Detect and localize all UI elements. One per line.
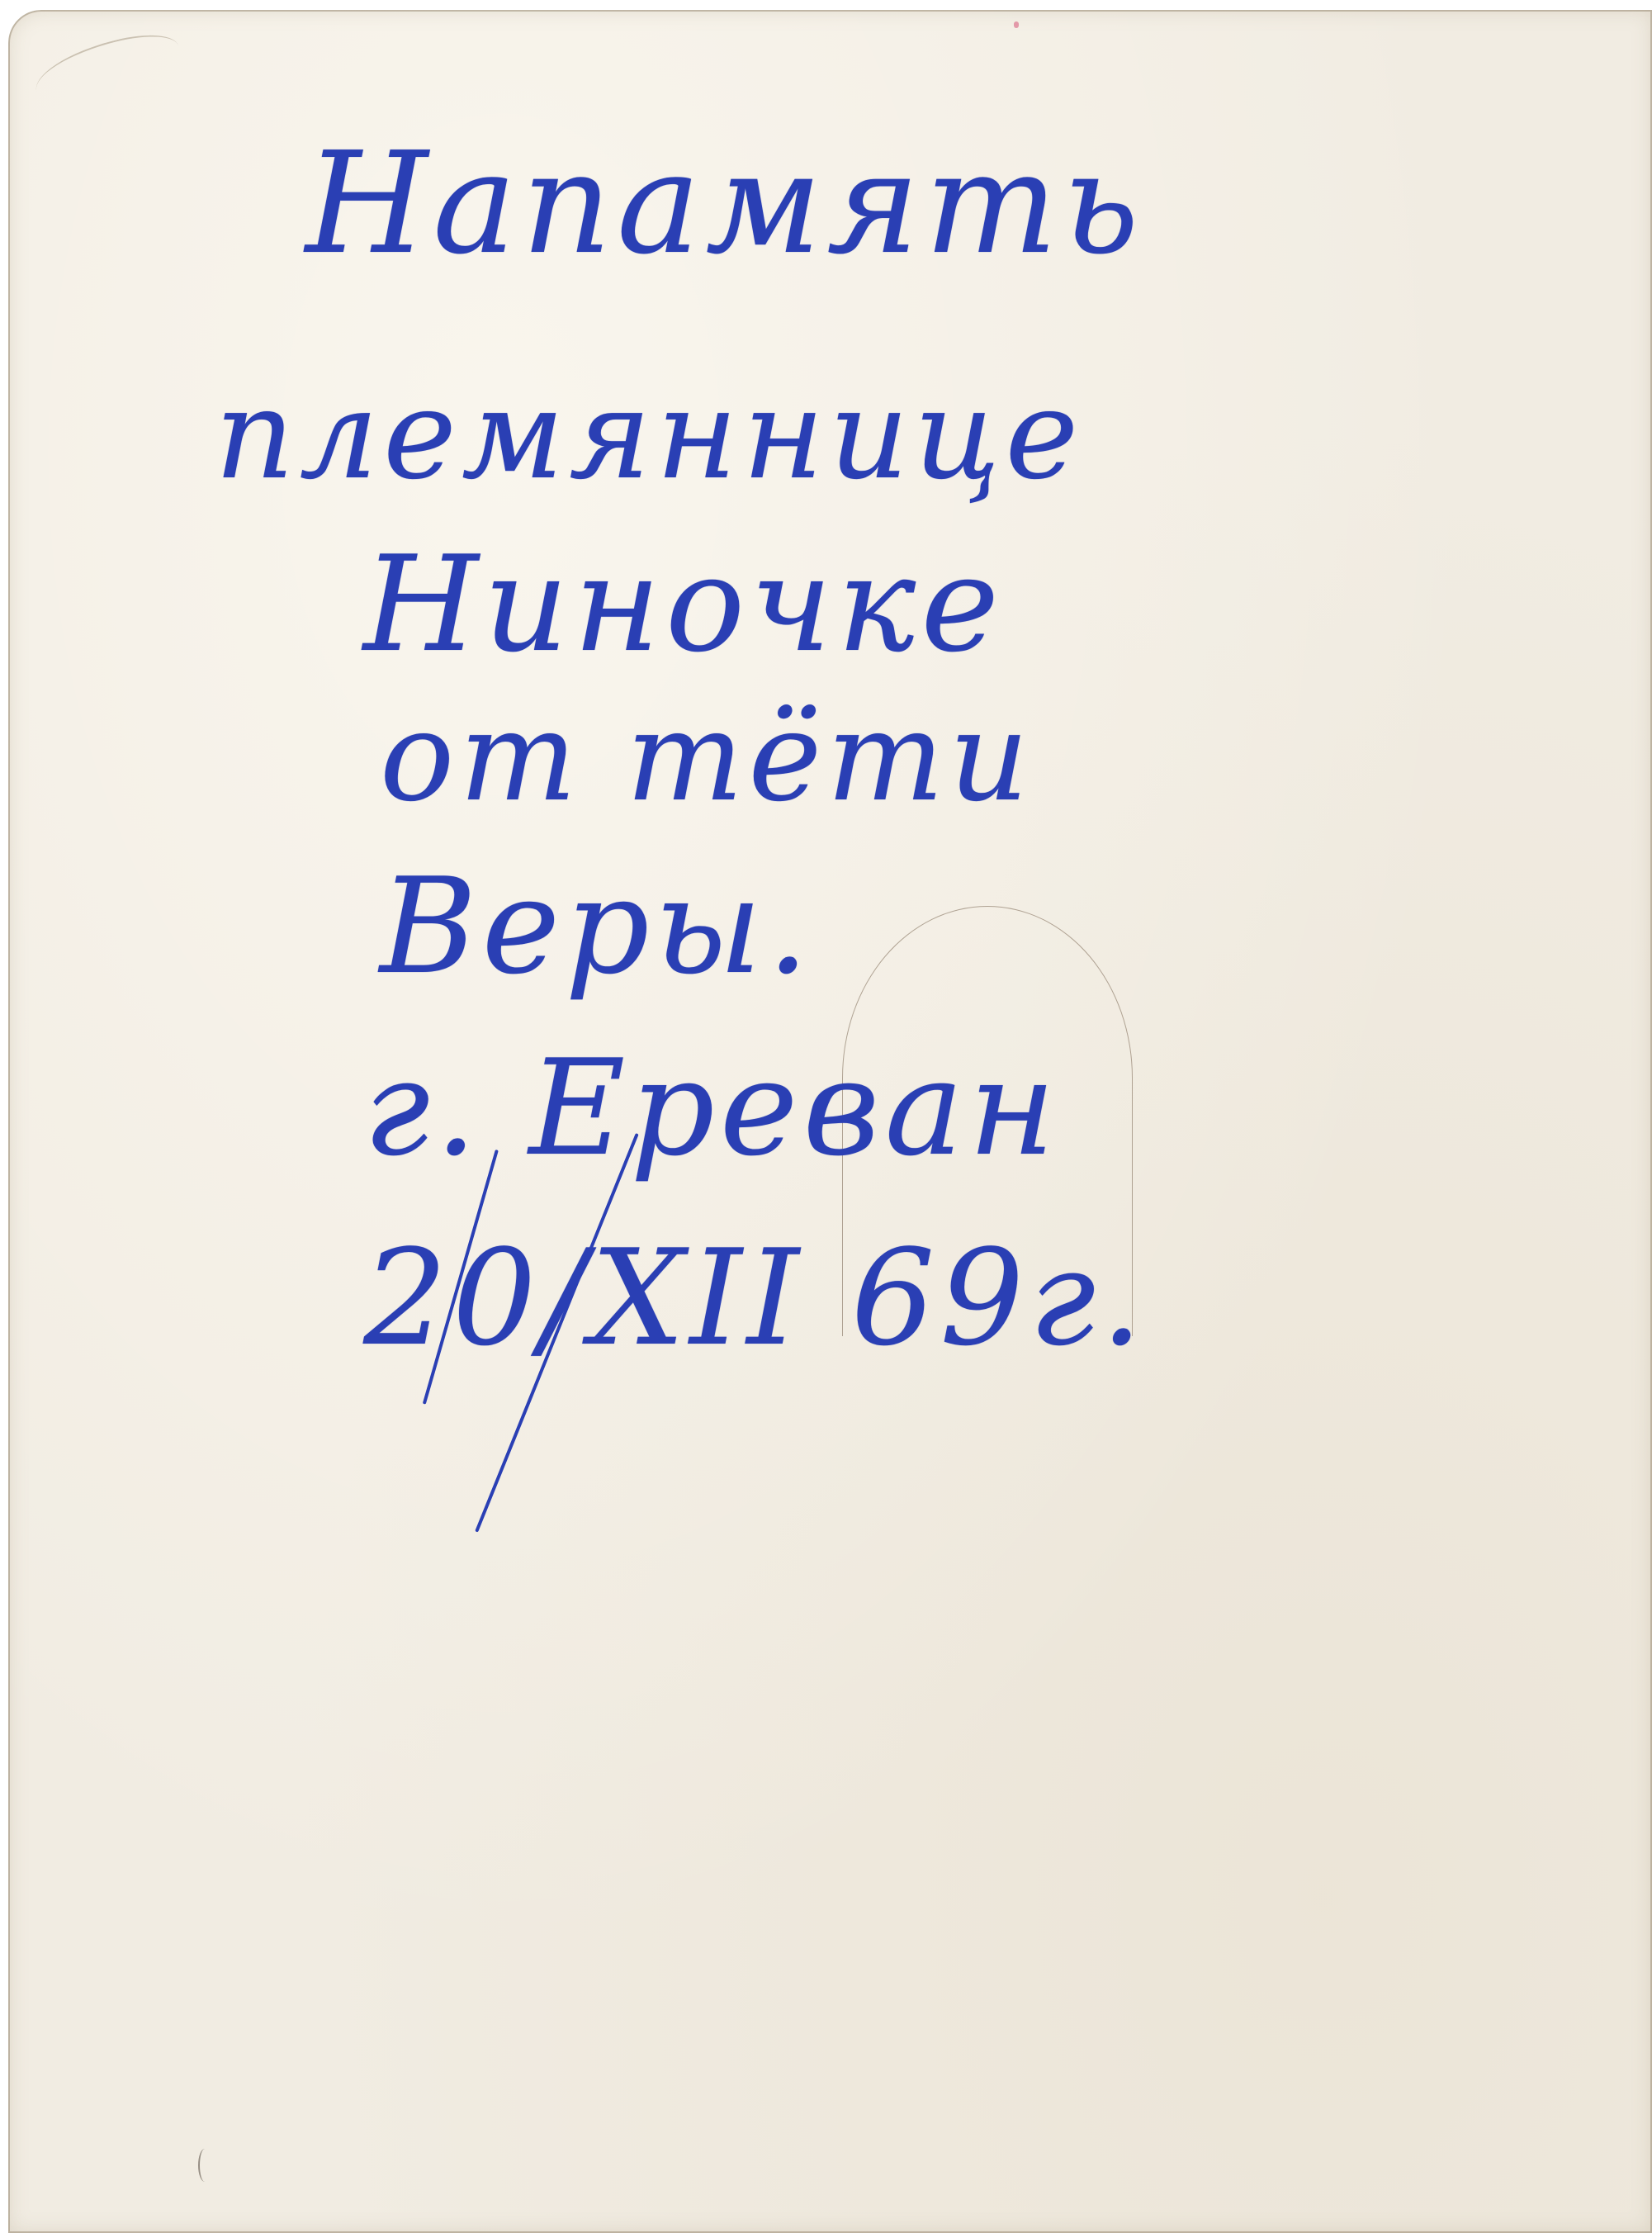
photo-back-card: Напамять племяннице Ниночке от тёти Веры… (8, 10, 1652, 2233)
handwritten-line-2: племяннице (215, 373, 1083, 497)
handwritten-line-1: Напамять (305, 134, 1144, 274)
handwritten-line-3: Ниночке (363, 538, 1004, 671)
paper-crease (29, 26, 186, 111)
handwritten-line-4: от тёти (380, 695, 1034, 819)
handwritten-place: г. Ереван (363, 1042, 1060, 1174)
ink-spot (1014, 21, 1019, 28)
handwritten-line-5: Веры. (380, 860, 814, 993)
handwritten-date: 20/XII 69г. (363, 1232, 1148, 1364)
scan-artifact (198, 2149, 211, 2182)
